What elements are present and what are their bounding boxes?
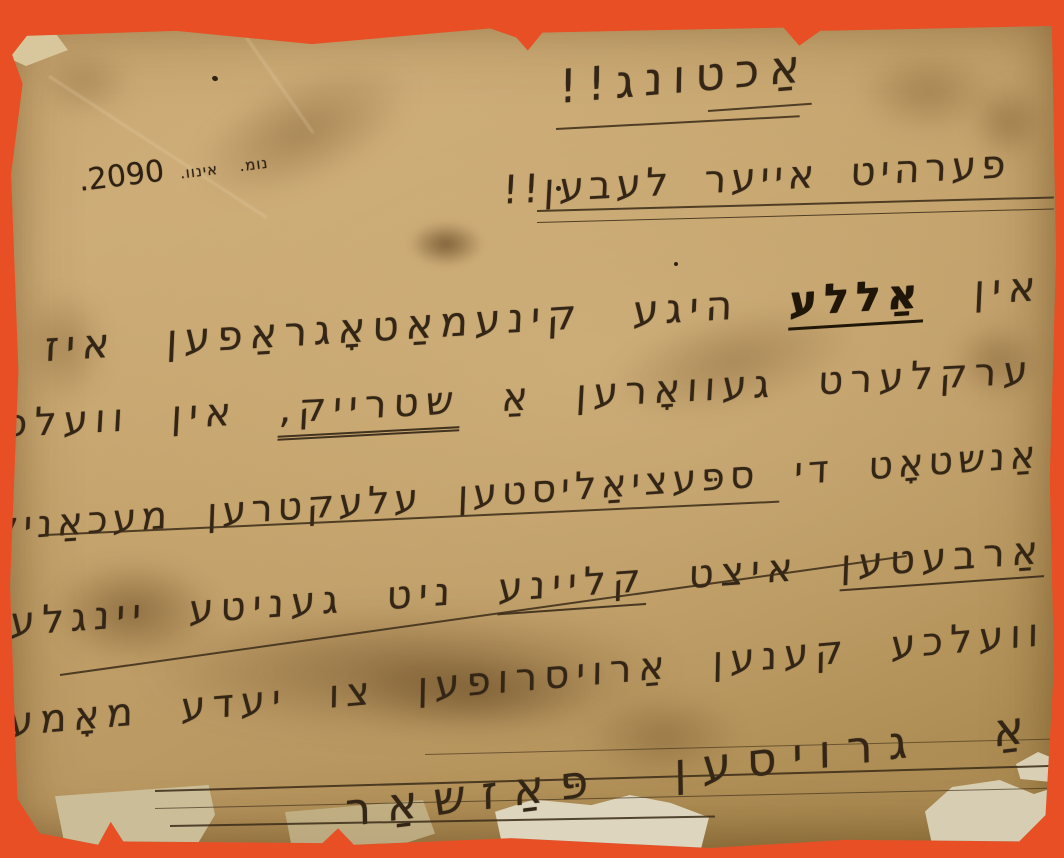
stain — [828, 32, 1028, 152]
archive-annotation: נומ. אינוו. 2090. — [77, 140, 276, 199]
heading-underline — [708, 103, 812, 112]
ink-dot — [556, 186, 561, 191]
body-text: אין וועלכע — [0, 390, 239, 449]
heading-underline — [556, 115, 800, 130]
stain — [396, 214, 496, 274]
document-photo: אַכטונג!! פערהיט אייער לעבען!! נומ. אינו… — [0, 0, 1064, 858]
divider-rule — [537, 208, 1054, 223]
archive-number: 2090. — [77, 154, 167, 199]
ink-dot — [674, 262, 678, 266]
body-text: היגע קינעמאַטאָגראַפען איז — [43, 280, 740, 371]
heading-text: אַכטונג!! — [559, 38, 811, 114]
body-text-underlined: קליינע — [498, 556, 649, 616]
body-text: ערקלערט געוואָרען אַ — [501, 348, 1036, 421]
paper-crease — [192, 0, 314, 134]
paper-sheet: אַכטונג!! פערהיט אייער לעבען!! נומ. אינו… — [8, 26, 1056, 848]
torn-patch — [55, 785, 215, 847]
body-text: אַנשטאָט די ספּעציאַליסטען עלעקטרען מעכא… — [0, 432, 1041, 553]
ink-dot — [211, 75, 218, 82]
body-text-underlined: שטרייק, — [278, 378, 462, 441]
subheading-line: פערהיט אייער לעבען!! — [501, 142, 1011, 214]
archive-note-small: נומ. — [238, 154, 269, 175]
archive-note: אינוו. — [179, 160, 219, 183]
body-line-3: אַנשטאָט די ספּעציאַליסטען עלעקטרען מעכא… — [0, 432, 1041, 553]
stain — [122, 0, 484, 267]
body-text: אין — [972, 262, 1043, 314]
body-text: ניט געניטע יינגלעך — [0, 569, 458, 647]
torn-patch — [8, 26, 68, 66]
heading-line: אַכטונג!! — [559, 38, 811, 114]
body-text-emphasized: אַללע — [788, 269, 925, 330]
subheading-text: פערהיט אייער לעבען!! — [501, 142, 1011, 214]
